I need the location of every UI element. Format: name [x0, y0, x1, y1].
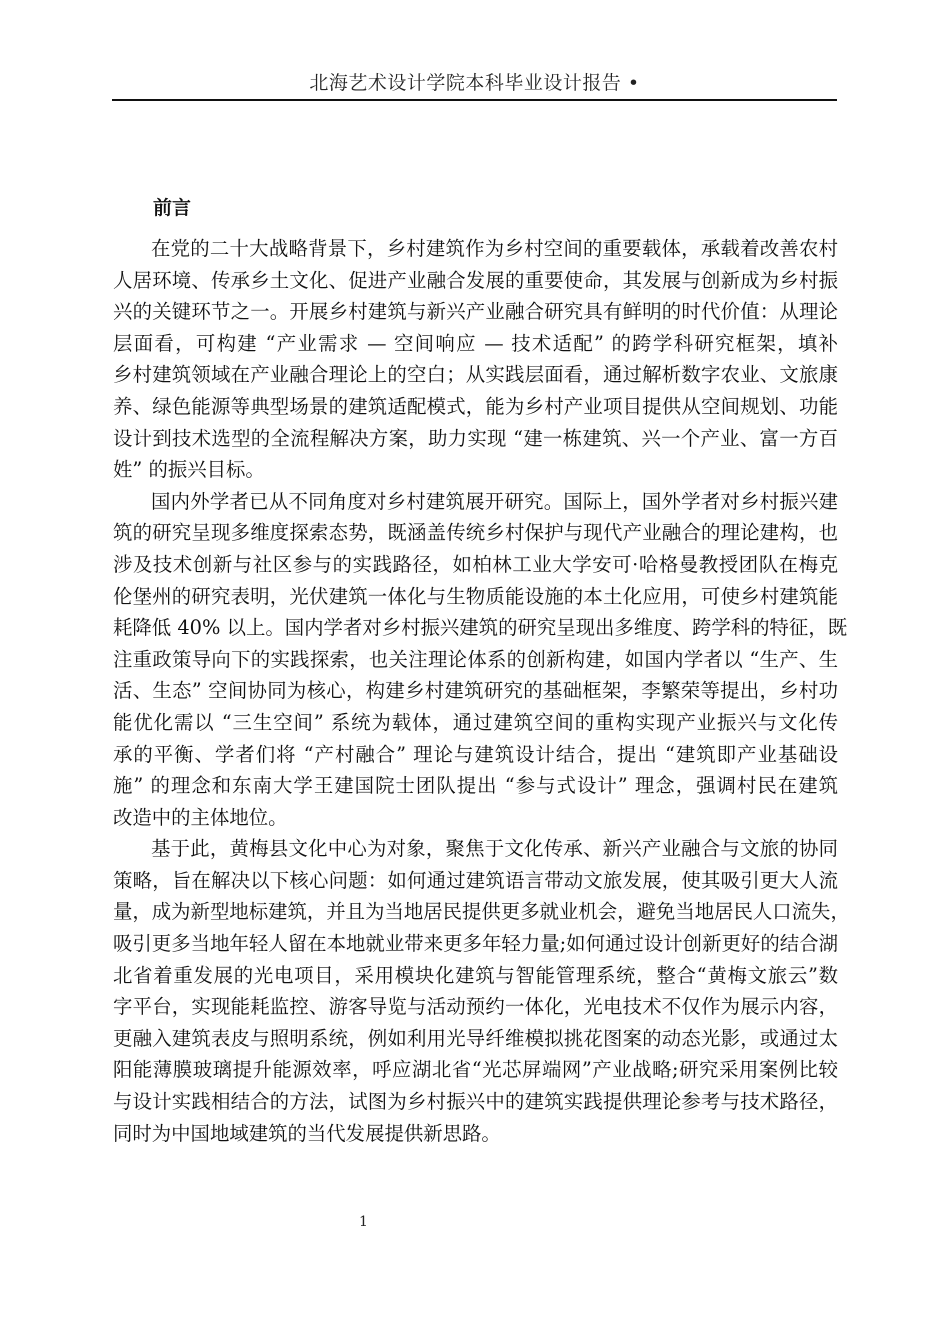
- body-text: 在党的二十大战略背景下，乡村建筑作为乡村空间的重要载体，承载着改善农村 人居环境…: [113, 233, 838, 1149]
- text-line: 阳能薄膜玻璃提升能源效率，呼应湖北省“光芯屏端网”产业战略;研究采用案例比较: [113, 1054, 838, 1086]
- text-line: 北省着重发展的光电项目，采用模块化建筑与智能管理系统，整合“黄梅文旅云”数: [113, 960, 838, 992]
- header-divider: [112, 99, 837, 101]
- section-heading: 前言: [153, 193, 191, 220]
- text-line: 吸引更多当地年轻人留在本地就业带来更多年轻力量;如何通过设计创新更好的结合湖: [113, 928, 838, 960]
- text-line: 姓” 的振兴目标。: [113, 454, 838, 486]
- text-line: 在党的二十大战略背景下，乡村建筑作为乡村空间的重要载体，承载着改善农村: [113, 233, 838, 265]
- text-line: 养、绿色能源等典型场景的建筑适配模式，能为乡村产业项目提供从空间规划、功能: [113, 391, 838, 423]
- text-line: 设计到技术选型的全流程解决方案，助力实现 “建一栋建筑、兴一个产业、富一方百: [113, 423, 838, 455]
- page-number: 1: [359, 1214, 368, 1230]
- running-header: 北海艺术设计学院本科毕业设计报告 •: [112, 68, 837, 95]
- paragraph-3: 基于此，黄梅县文化中心为对象，聚焦于文化传承、新兴产业融合与文旅的协同 策略，旨…: [113, 833, 838, 1149]
- text-line: 施” 的理念和东南大学王建国院士团队提出 “参与式设计” 理念，强调村民在建筑: [113, 770, 838, 802]
- text-line: 基于此，黄梅县文化中心为对象，聚焦于文化传承、新兴产业融合与文旅的协同: [113, 833, 838, 865]
- text-line: 同时为中国地域建筑的当代发展提供新思路。: [113, 1118, 838, 1150]
- text-line: 量，成为新型地标建筑，并且为当地居民提供更多就业机会，避免当地居民人口流失，: [113, 896, 838, 928]
- text-line: 层面看，可构建 “产业需求 — 空间响应 — 技术适配” 的跨学科研究框架，填补: [113, 328, 838, 360]
- text-line: 人居环境、传承乡土文化、促进产业融合发展的重要使命，其发展与创新成为乡村振: [113, 265, 838, 297]
- paragraph-2: 国内外学者已从不同角度对乡村建筑展开研究。国际上，国外学者对乡村振兴建 筑的研究…: [113, 486, 838, 834]
- text-line: 注重政策导向下的实践探索，也关注理论体系的创新构建，如国内学者以 “生产、生: [113, 644, 838, 676]
- text-line: 涉及技术创新与社区参与的实践路径，如柏林工业大学安可·哈格曼教授团队在梅克: [113, 549, 838, 581]
- text-line: 策略，旨在解决以下核心问题：如何通过建筑语言带动文旅发展，使其吸引更大人流: [113, 865, 838, 897]
- text-line: 国内外学者已从不同角度对乡村建筑展开研究。国际上，国外学者对乡村振兴建: [113, 486, 838, 518]
- text-line: 伦堡州的研究表明，光伏建筑一体化与生物质能设施的本土化应用，可使乡村建筑能: [113, 581, 838, 613]
- text-line: 字平台，实现能耗监控、游客导览与活动预约一体化，光电技术不仅作为展示内容，: [113, 991, 838, 1023]
- text-line: 能优化需以 “三生空间” 系统为载体，通过建筑空间的重构实现产业振兴与文化传: [113, 707, 838, 739]
- text-line: 筑的研究呈现多维度探索态势，既涵盖传统乡村保护与现代产业融合的理论建构，也: [113, 517, 838, 549]
- text-line: 兴的关键环节之一。开展乡村建筑与新兴产业融合研究具有鲜明的时代价值：从理论: [113, 296, 838, 328]
- text-line: 更融入建筑表皮与照明系统，例如利用光导纤维模拟挑花图案的动态光影，或通过太: [113, 1023, 838, 1055]
- paragraph-1: 在党的二十大战略背景下，乡村建筑作为乡村空间的重要载体，承载着改善农村 人居环境…: [113, 233, 838, 486]
- text-line: 改造中的主体地位。: [113, 802, 838, 834]
- text-line: 承的平衡、学者们将 “产村融合” 理论与建筑设计结合，提出 “建筑即产业基础设: [113, 739, 838, 771]
- text-line: 活、生态” 空间协同为核心，构建乡村建筑研究的基础框架，李繁荣等提出，乡村功: [113, 675, 838, 707]
- text-line: 乡村建筑领域在产业融合理论上的空白；从实践层面看，通过解析数字农业、文旅康: [113, 359, 838, 391]
- text-line: 耗降低 40% 以上。国内学者对乡村振兴建筑的研究呈现出多维度、跨学科的特征，既: [113, 612, 838, 644]
- text-line: 与设计实践相结合的方法，试图为乡村振兴中的建筑实践提供理论参考与技术路径，: [113, 1086, 838, 1118]
